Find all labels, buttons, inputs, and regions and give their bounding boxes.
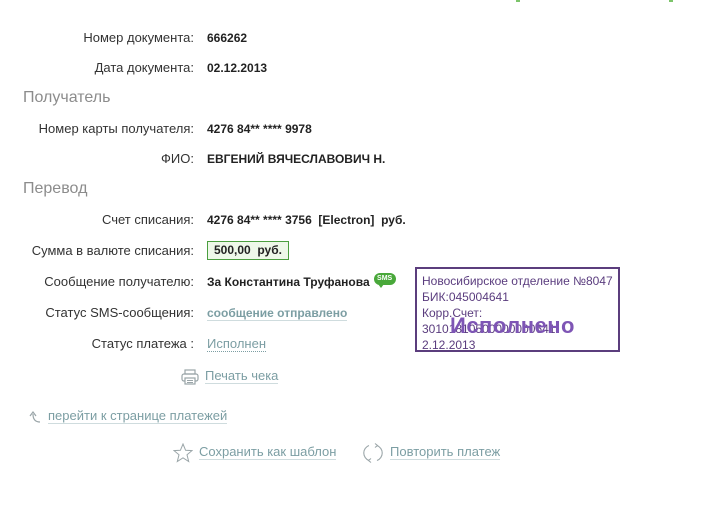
top-edge-mark [516, 0, 520, 2]
bank-stamp: Новосибирское отделение №8047 БИК:045004… [415, 267, 620, 352]
stamp-branch: Новосибирское отделение №8047 [422, 273, 618, 289]
payment-status-label: Статус платежа : [92, 334, 194, 354]
sms-status-link[interactable]: сообщение отправлено [207, 306, 347, 321]
recipient-name-label: ФИО: [161, 149, 194, 169]
recipient-card-label: Номер карты получателя: [39, 119, 194, 139]
message-value-wrap: За Константина ТруфановаSMS [207, 272, 396, 292]
print-receipt-link[interactable]: Печать чека [205, 368, 278, 384]
message-label: Сообщение получателю: [44, 272, 194, 292]
document-date-row: Дата документа: 02.12.2013 [0, 58, 702, 78]
repeat-payment-link[interactable]: Повторить платеж [390, 444, 500, 460]
payment-status-value-wrap: Исполнен [207, 334, 266, 354]
recipient-card-value: 4276 84** **** 9978 [207, 119, 312, 139]
recipient-card-row: Номер карты получателя: 4276 84** **** 9… [0, 119, 702, 139]
repeat-payment-button[interactable]: Повторить платеж [362, 441, 500, 465]
sms-status-value-wrap: сообщение отправлено [207, 303, 347, 323]
save-template-link[interactable]: Сохранить как шаблон [199, 444, 336, 460]
amount-value: 500,00 руб. [207, 241, 289, 260]
top-edge-mark [669, 0, 673, 2]
sms-icon: SMS [374, 273, 396, 285]
print-receipt-button[interactable]: Печать чека [181, 366, 278, 386]
recipient-name-value: ЕВГЕНИЙ ВЯЧЕСЛАВОВИЧ Н. [207, 149, 385, 169]
stamp-bik: БИК:045004641 [422, 289, 618, 305]
debit-account-value: 4276 84** **** 3756 [Electron] руб. [207, 210, 406, 230]
message-value: За Константина Труфанова [207, 275, 370, 289]
amount-label: Сумма в валюте списания: [32, 241, 194, 261]
stamp-date: 2.12.2013 [422, 337, 475, 353]
printer-icon [181, 369, 199, 385]
document-date-label: Дата документа: [95, 58, 194, 78]
save-template-button[interactable]: Сохранить как шаблон [173, 441, 336, 465]
transfer-section-title: Перевод [23, 179, 87, 199]
document-number-row: Номер документа: 666262 [0, 28, 702, 48]
recipient-section-title: Получатель [23, 88, 110, 108]
document-number-value: 666262 [207, 28, 247, 48]
sms-status-label: Статус SMS-сообщения: [45, 303, 194, 323]
star-icon [173, 443, 193, 463]
recipient-name-row: ФИО: ЕВГЕНИЙ ВЯЧЕСЛАВОВИЧ Н. [0, 149, 702, 169]
refresh-icon [362, 442, 384, 464]
back-to-payments[interactable]: перейти к странице платежей [28, 406, 227, 426]
back-to-payments-link[interactable]: перейти к странице платежей [48, 408, 227, 424]
back-arrow-icon [28, 410, 42, 424]
stamp-status: Исполнено [450, 315, 575, 337]
debit-account-row: Счет списания: 4276 84** **** 3756 [Elec… [0, 210, 702, 230]
amount-row: Сумма в валюте списания: 500,00 руб. [0, 241, 702, 261]
debit-account-label: Счет списания: [102, 210, 194, 230]
document-date-value: 02.12.2013 [207, 58, 267, 78]
document-number-label: Номер документа: [83, 28, 194, 48]
payment-status-link[interactable]: Исполнен [207, 336, 266, 352]
